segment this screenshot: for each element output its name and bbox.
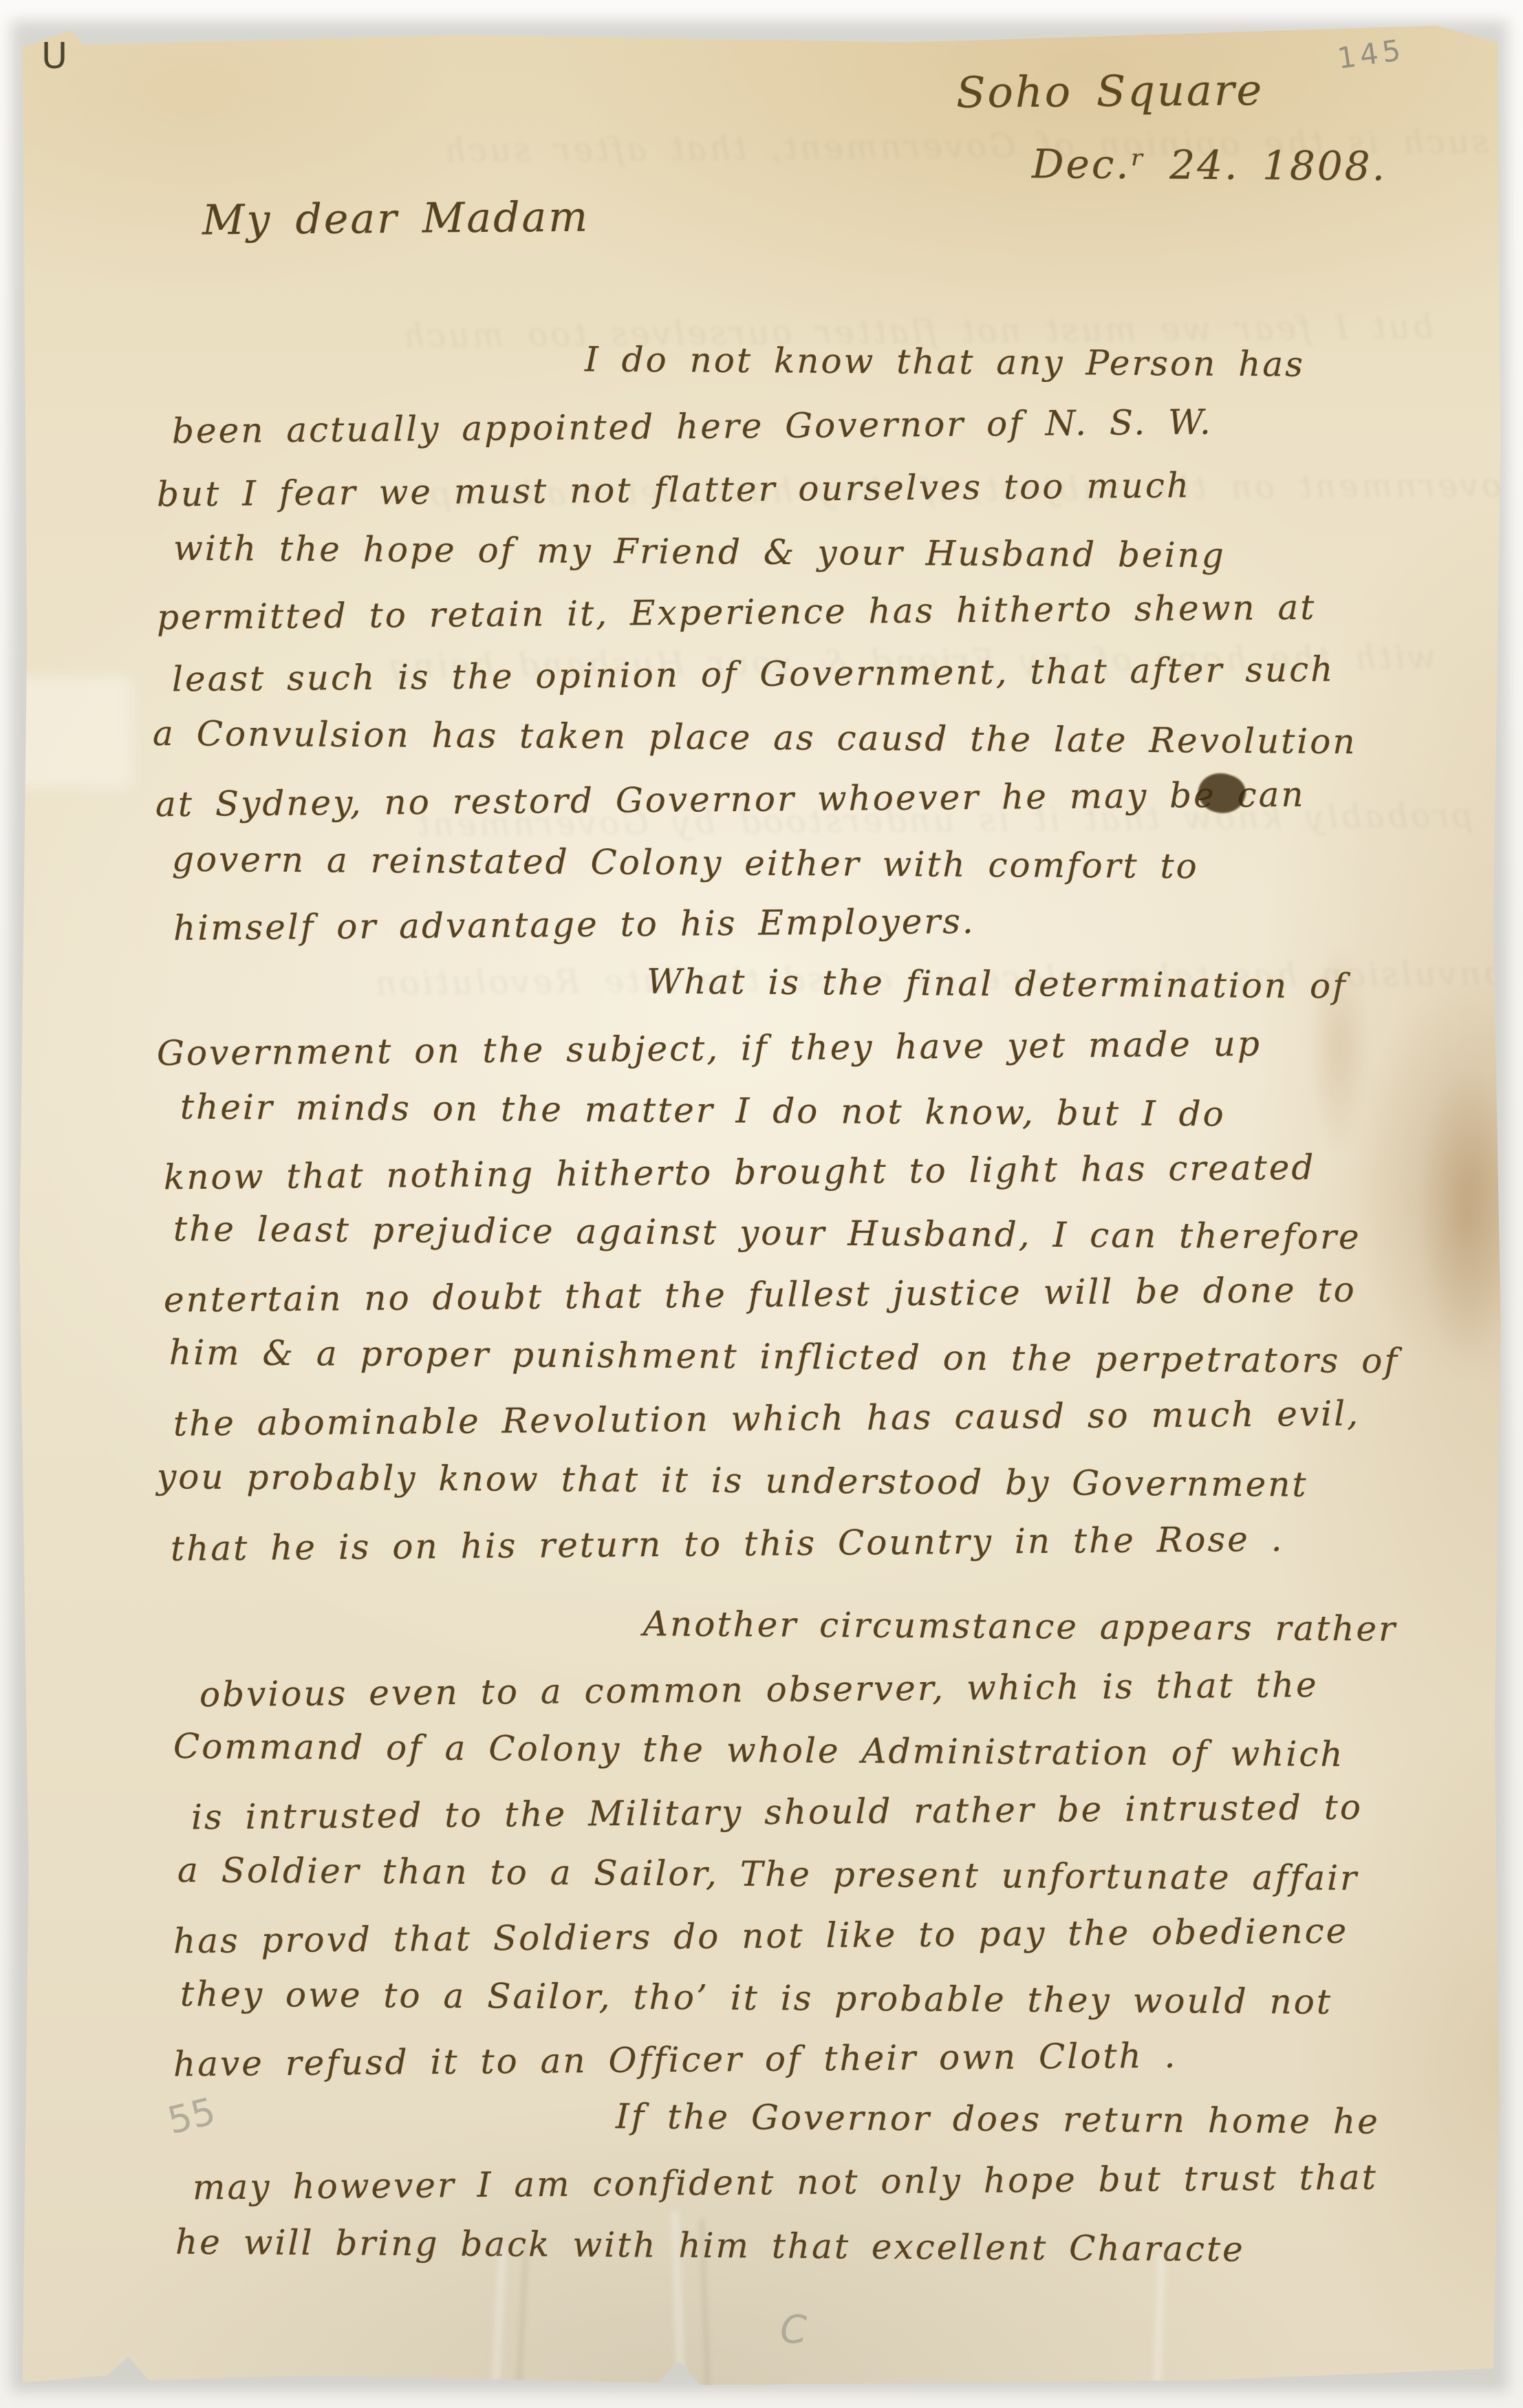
letter-line: obvious even to a common observer, which…: [199, 1664, 1319, 1715]
letter-line: you probably know that it is understood …: [157, 1456, 1308, 1505]
page-number-pencil: 145: [1335, 32, 1407, 75]
letter-line: have refusd it to an Officer of their ow…: [173, 2035, 1178, 2085]
letter-line: may however I am confident not only hope…: [193, 2156, 1378, 2208]
letter-line: the abominable Revolution which has caus…: [173, 1393, 1360, 1444]
letter-line: If the Governor does return home he: [616, 2096, 1380, 2142]
letter-line: Command of a Colony the whole Administra…: [173, 1726, 1345, 1775]
margin-pencil-mark: 55: [163, 2089, 219, 2143]
letter-line: has provd that Soldiers do not like to p…: [173, 1911, 1349, 1962]
letter-line: himself or advantage to his Employers.: [173, 901, 975, 949]
letter-line: know that nothing hitherto brought to li…: [164, 1147, 1316, 1198]
letter-line: their minds on the matter I do not know,…: [180, 1086, 1226, 1135]
letter-line: with the hope of my Friend & your Husban…: [173, 528, 1226, 577]
letter-line: that he is on his return to this Country…: [171, 1518, 1284, 1569]
letter-line: is intrusted to the Military should rath…: [191, 1787, 1363, 1838]
letter-line: the least prejudice against your Husband…: [173, 1208, 1361, 1258]
letter-line: him & a proper punishment inflicted on t…: [169, 1332, 1399, 1382]
letter-line: a Soldier than to a Sailor, The present …: [177, 1849, 1359, 1899]
letter-salutation: My dear Madam: [202, 193, 590, 246]
paper-crease: [1155, 2253, 1165, 2390]
letter-line: permitted to retain it, Experience has h…: [157, 587, 1317, 638]
bottom-pencil-mark: C: [780, 2308, 807, 2352]
letter-line: least such is the opinion of Government,…: [172, 649, 1335, 700]
letter-line: Another circumstance appears rather: [643, 1603, 1397, 1650]
letter-line: I do not know that any Person has: [585, 338, 1305, 385]
letter-line: entertain no doubt that the fullest just…: [164, 1269, 1357, 1320]
letter-line: Government on the subject, if they have …: [157, 1023, 1262, 1074]
letter-line: been actually appointed here Governor of…: [172, 401, 1213, 451]
letter-date: Dec.ʳ 24. 1808.: [1032, 140, 1387, 191]
photo-background: least such is the opinion of Government,…: [0, 0, 1523, 2408]
letter-place: Soho Square: [956, 65, 1264, 118]
corner-letter-mark: U: [41, 36, 67, 77]
letter-line: he will bring back with him that excelle…: [175, 2222, 1245, 2270]
letter-line: What is the final determination of: [647, 960, 1348, 1007]
paper-light-patch: [15, 677, 132, 787]
paper-crease-shadow: [517, 2246, 528, 2387]
letter-line: govern a reinstated Colony either with c…: [172, 839, 1199, 887]
letter-line: a Convulsion has taken place as causd th…: [153, 713, 1357, 762]
letter-page: least such is the opinion of Government,…: [15, 23, 1504, 2387]
letter-line: they owe to a Sailor, tho’ it is probabl…: [180, 1973, 1332, 2023]
paper-crease: [493, 2246, 506, 2390]
